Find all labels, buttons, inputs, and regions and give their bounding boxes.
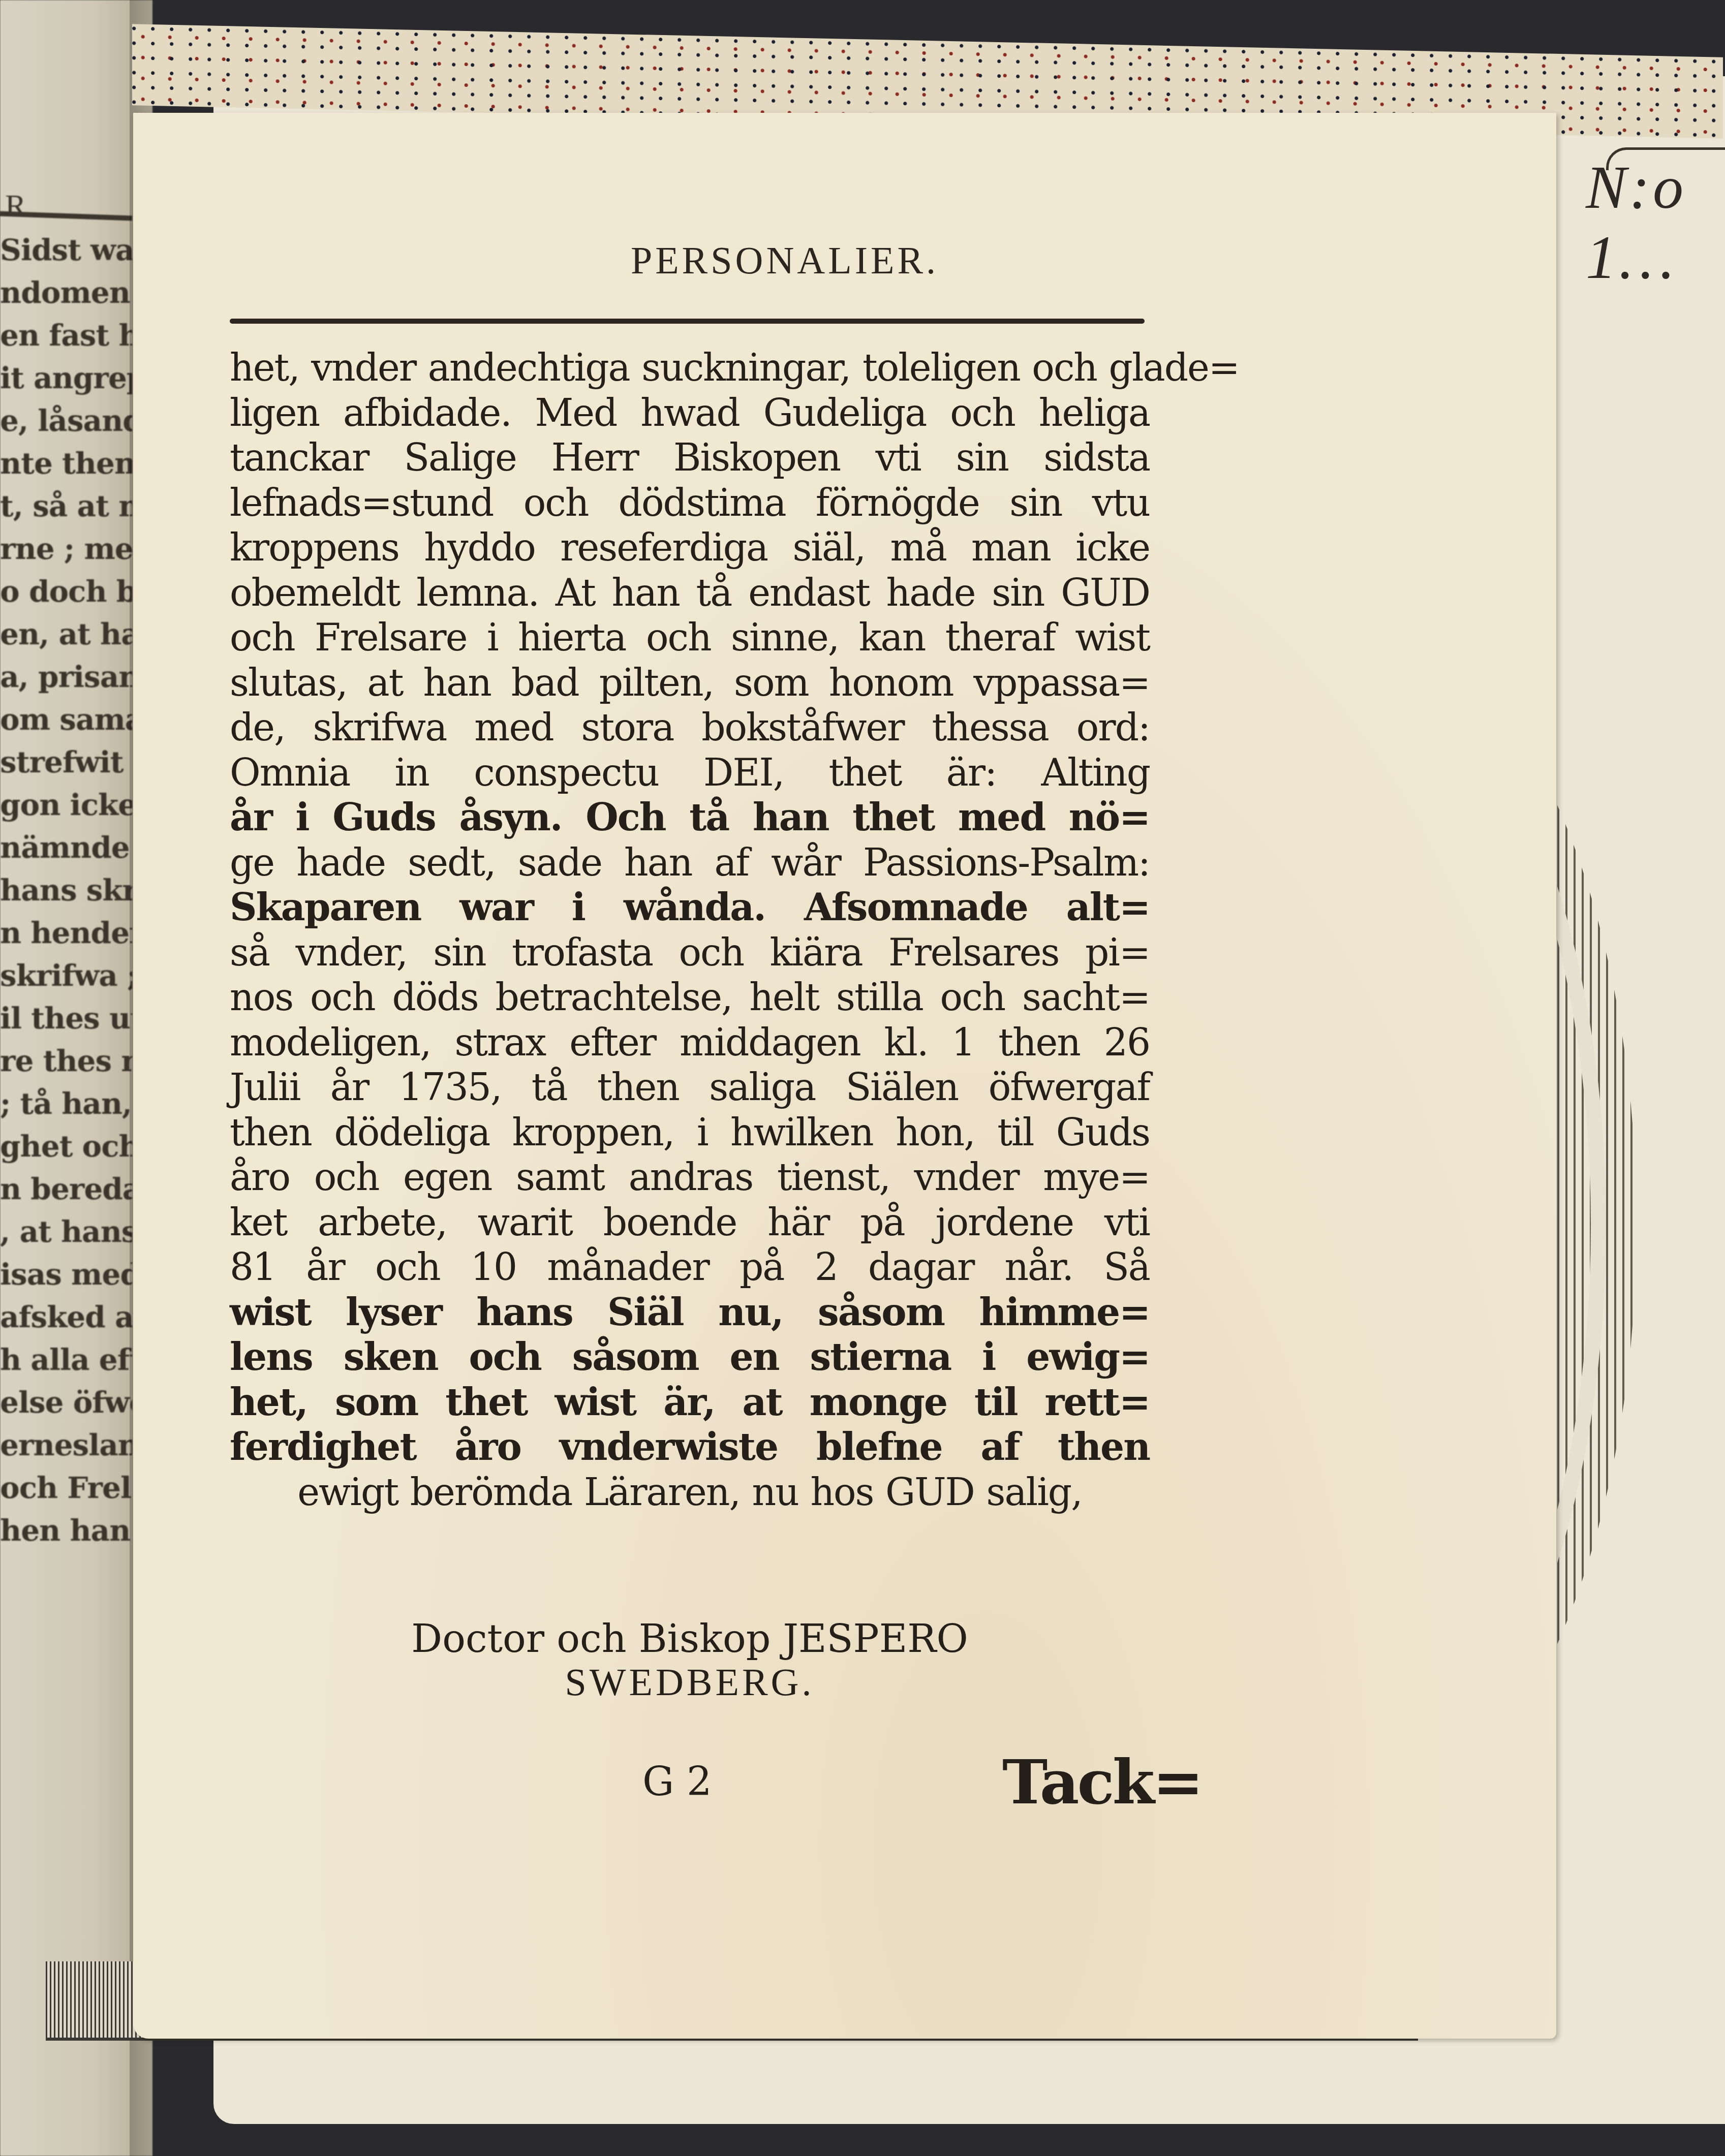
text-line: nos och döds betrachtelse, helt stilla o… — [230, 975, 1150, 1020]
printer-signature-mark: G 2 — [642, 1759, 712, 1805]
left-page-text-line: a, prisandes altid — [0, 655, 132, 698]
text-line: 81 år och 10 månader på 2 dagar når. Så — [230, 1245, 1150, 1290]
text-line: wist lyser hans Siäl nu, såsom himme= — [230, 1290, 1150, 1335]
left-page-text-line: strefwit : tå han — [0, 741, 132, 784]
left-page-text-line: n hendernas darran- — [0, 912, 132, 954]
handwritten-plate-number: N:o 1… — [1586, 152, 1725, 293]
left-page-text-line: hans skrifter och an- — [0, 869, 132, 912]
left-page-text-line: skrifwa ; men skref — [0, 954, 132, 997]
text-line: så vnder, sin trofasta och kiära Frelsar… — [230, 930, 1150, 976]
left-page-text-line: it angreppen; men — [0, 357, 132, 399]
left-page-text-line: nte then öfwer 70 — [0, 442, 132, 485]
left-page-text-line: n bereda hwilcken — [0, 1168, 132, 1210]
text-line: ge hade sedt, sade han af wår Passions-P… — [230, 840, 1150, 886]
left-page-text-line: o doch bestendige — [0, 570, 132, 613]
left-page-text-line: il thes uti nästledna — [0, 997, 132, 1040]
signature-line-2: SWEDBERG. — [230, 1661, 1150, 1705]
left-page-text-line: e, låsande och — [0, 399, 132, 442]
head-rule — [230, 319, 1145, 324]
text-line: Julii år 1735, tå then saliga Siälen öfw… — [230, 1065, 1150, 1110]
left-page-text-line: isas med HErran — [0, 1253, 132, 1296]
left-page-text-line: else öfwer Höga — [0, 1381, 132, 1424]
text-line: lens sken och såsom en stierna i ewig= — [230, 1335, 1150, 1380]
text-line: ferdighet åro vnderwiste blefne af then — [230, 1425, 1150, 1470]
text-line: ligen afbidade. Med hwad Gudeliga och he… — [230, 391, 1150, 436]
text-line: de, skrifwa med stora bokståfwer thessa … — [230, 705, 1150, 751]
left-page-text: Sidst war fullerndomen af en goden fast … — [0, 229, 132, 1552]
left-page-text-line: ndomen af en god — [0, 271, 132, 314]
text-line: år i Guds åsyn. Och tå han thet med nö= — [230, 795, 1150, 840]
body-text: het, vnder andechtiga suckningar, toleli… — [230, 346, 1150, 1515]
left-page-text-line: en, at han uthan — [0, 613, 132, 655]
text-line: lefnads=stund och dödstima förnögde sin … — [230, 481, 1150, 526]
text-line: åro och egen samt andras tienst, vnder m… — [230, 1155, 1150, 1200]
text-line: het, vnder andechtiga suckningar, toleli… — [230, 346, 1150, 391]
left-page-text-line: , at hans lifsän — [0, 1210, 132, 1253]
text-line: then dödeliga kroppen, i hwilken hon, ti… — [230, 1110, 1150, 1155]
left-page-text-line: ernesland, och — [0, 1424, 132, 1466]
left-page-text-line: ; tå han, som altid — [0, 1082, 132, 1125]
left-page-text-line: gon icke mörck — [0, 784, 132, 826]
text-line: slutas, at han bad pilten, som honom vpp… — [230, 661, 1150, 706]
left-page-text-line: re thes mer aftoge, — [0, 1040, 132, 1082]
left-page-text-line: och Frelsare — [0, 1466, 132, 1509]
signature-line-1: Doctor och Biskop JESPERO — [230, 1616, 1150, 1661]
left-page-running-head: R. — [5, 188, 34, 224]
text-line: het, som thet wist är, at monge til rett… — [230, 1380, 1150, 1425]
text-line: obemeldt lemna. At han tå endast hade si… — [230, 571, 1150, 616]
left-page-text-line: h alla efterlefna — [0, 1338, 132, 1381]
left-page-text-line: en fast helso, som — [0, 314, 132, 357]
left-page-text-line: nämnde brand — [0, 826, 132, 869]
catchword: Tack= — [1002, 1746, 1202, 1818]
text-line: tanckar Salige Herr Biskopen vti sin sid… — [230, 435, 1150, 481]
left-page-text-line: Sidst war fuller — [0, 229, 132, 271]
left-page-text-line: rne ; men syn och — [0, 527, 132, 570]
left-page-text-line: ghet och redan för — [0, 1125, 132, 1168]
left-page-text-line: om samades thet, — [0, 698, 132, 741]
text-line: ewigt berömda Läraren, nu hos GUD salig, — [230, 1470, 1150, 1515]
main-page: PERSONALIER. het, vnder andechtiga suckn… — [133, 113, 1556, 2039]
text-line: och Frelsare i hierta och sinne, kan the… — [230, 615, 1150, 661]
running-head: PERSONALIER. — [505, 239, 1064, 283]
left-page-text-line: t, så at minnet — [0, 485, 132, 527]
left-page-text-line: hen han sedan — [0, 1509, 132, 1552]
text-line: ket arbete, warit boende här på jordene … — [230, 1200, 1150, 1245]
text-line: Skaparen war i wånda. Afsomnade alt= — [230, 885, 1150, 930]
left-page-text-line: afsked af sin kä — [0, 1296, 132, 1338]
text-line: modeligen, strax efter middagen kl. 1 th… — [230, 1020, 1150, 1066]
text-line: Omnia in conspectu DEI, thet är: Alting — [230, 751, 1150, 796]
text-line: kroppens hyddo reseferdiga siäl, må man … — [230, 525, 1150, 571]
